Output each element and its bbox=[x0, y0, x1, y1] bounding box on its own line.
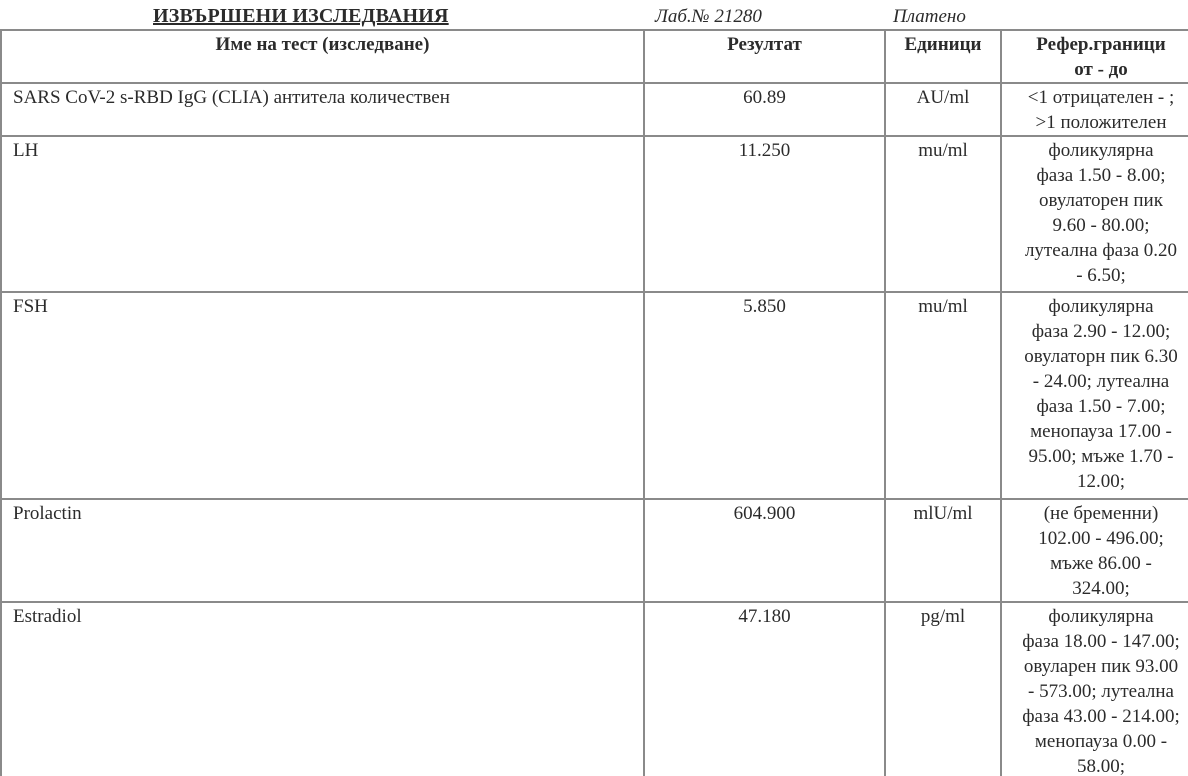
test-name-cell: FSH bbox=[1, 292, 644, 499]
test-name-cell: LH bbox=[1, 136, 644, 292]
column-header-reference-line2: от - до bbox=[1002, 57, 1188, 82]
column-header-reference-line1: Рефер.граници bbox=[1002, 32, 1188, 57]
result-cell: 47.180 bbox=[644, 602, 885, 776]
reference-range-cell: фоликулярнафаза 18.00 - 147.00;овуларен … bbox=[1001, 602, 1188, 776]
result-cell: 60.89 bbox=[644, 83, 885, 136]
result-cell: 604.900 bbox=[644, 499, 885, 602]
column-header-test-name: Име на тест (изследване) bbox=[1, 30, 644, 83]
report-title: ИЗВЪРШЕНИ ИЗСЛЕДВАНИЯ bbox=[153, 5, 449, 28]
reference-range-line: овулаторен пик bbox=[1002, 188, 1188, 213]
reference-range-line: фоликулярна bbox=[1002, 294, 1188, 319]
lab-number: Лаб.№ 21280 bbox=[655, 6, 762, 28]
reference-range-line: фоликулярна bbox=[1002, 604, 1188, 629]
reference-range-line: фаза 1.50 - 8.00; bbox=[1002, 163, 1188, 188]
units-cell: mu/ml bbox=[885, 136, 1001, 292]
reference-range-line: 95.00; мъже 1.70 - bbox=[1002, 444, 1188, 469]
reference-range-line: фаза 2.90 - 12.00; bbox=[1002, 319, 1188, 344]
reference-range-line: <1 отрицателен - ; bbox=[1002, 85, 1188, 110]
table-row: Estradiol 47.180 pg/ml фоликулярнафаза 1… bbox=[1, 602, 1188, 776]
reference-range-cell: <1 отрицателен - ;>1 положителен bbox=[1001, 83, 1188, 136]
reference-range-line: 58.00; bbox=[1002, 754, 1188, 776]
test-name-cell: SARS CoV-2 s-RBD IgG (CLIA) антитела кол… bbox=[1, 83, 644, 136]
reference-range-cell: фоликулярнафаза 2.90 - 12.00;овулаторн п… bbox=[1001, 292, 1188, 499]
reference-range-line: - 6.50; bbox=[1002, 263, 1188, 288]
reference-range-line: 12.00; bbox=[1002, 469, 1188, 494]
table-row: LH 11.250 mu/ml фоликулярнафаза 1.50 - 8… bbox=[1, 136, 1188, 292]
table-row: Prolactin 604.900 mlU/ml (не бременни)10… bbox=[1, 499, 1188, 602]
column-header-reference: Рефер.граници от - до bbox=[1001, 30, 1188, 83]
reference-range-cell: фоликулярнафаза 1.50 - 8.00;овулаторен п… bbox=[1001, 136, 1188, 292]
reference-range-line: (не бременни) bbox=[1002, 501, 1188, 526]
units-cell: AU/ml bbox=[885, 83, 1001, 136]
reference-range-line: менопауза 17.00 - bbox=[1002, 419, 1188, 444]
result-cell: 11.250 bbox=[644, 136, 885, 292]
reference-range-line: мъже 86.00 - bbox=[1002, 551, 1188, 576]
column-header-units: Единици bbox=[885, 30, 1001, 83]
reference-range-line: овуларен пик 93.00 bbox=[1002, 654, 1188, 679]
table-row: SARS CoV-2 s-RBD IgG (CLIA) антитела кол… bbox=[1, 83, 1188, 136]
reference-range-line: - 24.00; лутеална bbox=[1002, 369, 1188, 394]
table-header-row: Име на тест (изследване) Резултат Единиц… bbox=[1, 30, 1188, 83]
reference-range-line: лутеална фаза 0.20 bbox=[1002, 238, 1188, 263]
report-header: ИЗВЪРШЕНИ ИЗСЛЕДВАНИЯ Лаб.№ 21280 Платен… bbox=[0, 0, 1188, 29]
reference-range-line: фаза 18.00 - 147.00; bbox=[1002, 629, 1188, 654]
reference-range-line: 9.60 - 80.00; bbox=[1002, 213, 1188, 238]
results-table: Име на тест (изследване) Резултат Единиц… bbox=[0, 29, 1188, 776]
reference-range-line: 324.00; bbox=[1002, 576, 1188, 601]
payment-status: Платено bbox=[893, 6, 966, 28]
table-row: FSH 5.850 mu/ml фоликулярнафаза 2.90 - 1… bbox=[1, 292, 1188, 499]
column-header-result: Резултат bbox=[644, 30, 885, 83]
reference-range-line: 102.00 - 496.00; bbox=[1002, 526, 1188, 551]
reference-range-line: овулаторн пик 6.30 bbox=[1002, 344, 1188, 369]
units-cell: pg/ml bbox=[885, 602, 1001, 776]
reference-range-line: фоликулярна bbox=[1002, 138, 1188, 163]
reference-range-line: >1 положителен bbox=[1002, 110, 1188, 135]
test-name-cell: Prolactin bbox=[1, 499, 644, 602]
reference-range-cell: (не бременни)102.00 - 496.00;мъже 86.00 … bbox=[1001, 499, 1188, 602]
reference-range-line: фаза 1.50 - 7.00; bbox=[1002, 394, 1188, 419]
test-name-cell: Estradiol bbox=[1, 602, 644, 776]
reference-range-line: - 573.00; лутеална bbox=[1002, 679, 1188, 704]
result-cell: 5.850 bbox=[644, 292, 885, 499]
units-cell: mu/ml bbox=[885, 292, 1001, 499]
units-cell: mlU/ml bbox=[885, 499, 1001, 602]
reference-range-line: фаза 43.00 - 214.00; bbox=[1002, 704, 1188, 729]
reference-range-line: менопауза 0.00 - bbox=[1002, 729, 1188, 754]
